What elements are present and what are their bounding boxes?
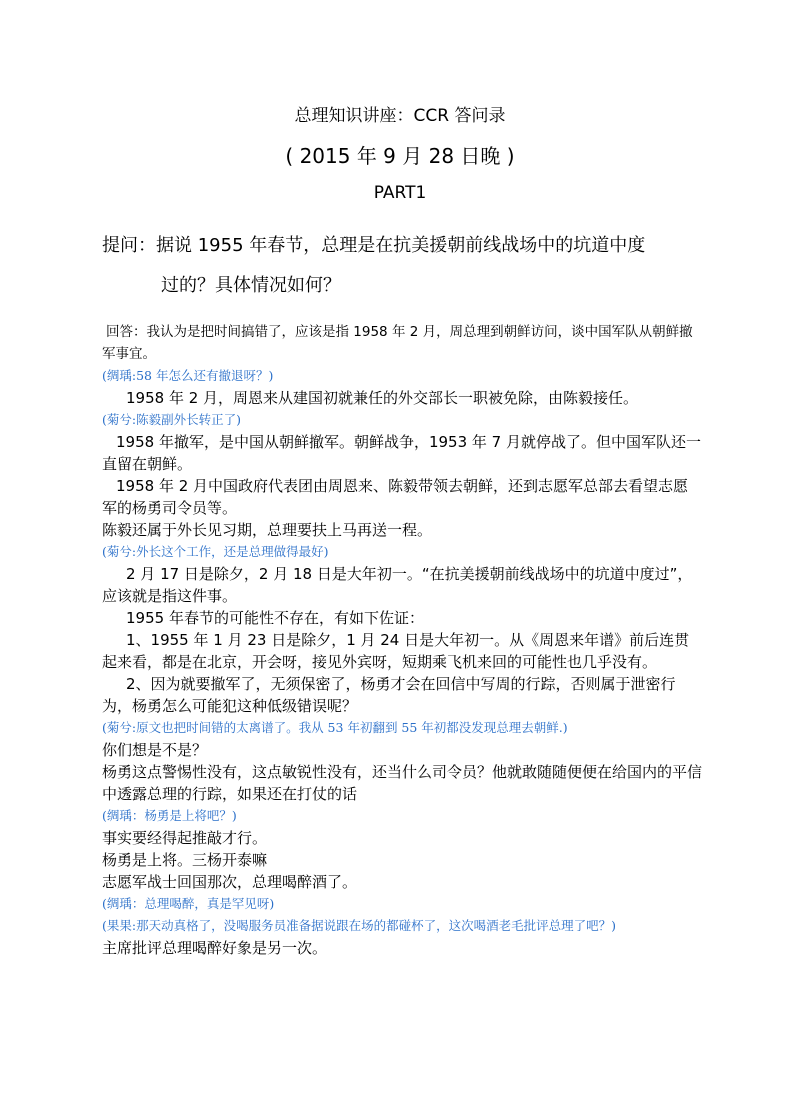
question-block: 提问：据说 1955 年春节，总理是在抗美援朝前线战场中的坑道中度 过的？具体情… [102,226,702,306]
comment-note: (菊兮:原文也把时间错的太离谱了。我从 53 年初翻到 55 年初都没发现总理去… [102,717,702,739]
answer-paragraph: 1958 年 2 月，周恩来从建国初就兼任的外交部长一职被免除，由陈毅接任。 [102,387,702,409]
document-title: 总理知识讲座：CCR 答问录 [0,101,800,126]
question-line-2: 过的？具体情况如何？ [102,266,702,306]
document-subtitle-date: ( 2015 年 9 月 28 日晚 ) [0,140,800,169]
answer-paragraph: 陈毅还属于外长见习期，总理要扶上马再送一程。 [102,519,702,541]
answer-paragraph: 回答：我认为是把时间搞错了，应该是指 1958 年 2 月，周总理到朝鲜访问，谈… [102,321,702,365]
part-heading: PART1 [0,183,800,203]
answer-paragraph: 你们想是不是？ [102,739,702,761]
answer-body: 回答：我认为是把时间搞错了，应该是指 1958 年 2 月，周总理到朝鲜访问，谈… [102,321,702,959]
answer-paragraph: 事实要经得起推敲才行。 [102,827,702,849]
answer-paragraph: 主席批评总理喝醉好象是另一次。 [102,937,702,959]
answer-paragraph: 2 月 17 日是除夕，2 月 18 日是大年初一。“在抗美援朝前线战场中的坑道… [102,563,702,607]
evidence-item-1: 1、1955 年 1 月 23 日是除夕，1 月 24 日是大年初一。从《周恩来… [102,629,702,673]
question-line-1: 提问：据说 1955 年春节，总理是在抗美援朝前线战场中的坑道中度 [102,226,702,266]
answer-paragraph: 志愿军战士回国那次，总理喝醉酒了。 [102,871,702,893]
comment-note: (果果:那天动真格了，没喝服务员准备据说跟在场的都碰杯了，这次喝酒老毛批评总理了… [102,915,702,937]
answer-paragraph: 1955 年春节的可能性不存在，有如下佐证： [102,607,702,629]
comment-note: (绸瑀：杨勇是上将吧？) [102,805,702,827]
comment-note: (绸瑀：总理喝醉，真是罕见呀) [102,893,702,915]
answer-paragraph: 1958 年撤军，是中国从朝鲜撤军。朝鲜战争，1953 年 7 月就停战了。但中… [102,431,702,475]
answer-paragraph: 杨勇这点警惕性没有，这点敏锐性没有，还当什么司令员？他就敢随随便便在给国内的平信… [102,761,702,805]
comment-note: (菊兮:陈毅副外长转正了) [102,409,702,431]
comment-note: (菊兮:外长这个工作，还是总理做得最好) [102,541,702,563]
evidence-item-2: 2、因为就要撤军了，无须保密了，杨勇才会在回信中写周的行踪，否则属于泄密行为，杨… [102,673,702,717]
answer-paragraph: 杨勇是上将。三杨开泰嘛 [102,849,702,871]
comment-note: (绸瑀:58 年怎么还有撤退呀？) [102,365,702,387]
answer-paragraph: 1958 年 2 月中国政府代表团由周恩来、陈毅带领去朝鲜，还到志愿军总部去看望… [102,475,702,519]
